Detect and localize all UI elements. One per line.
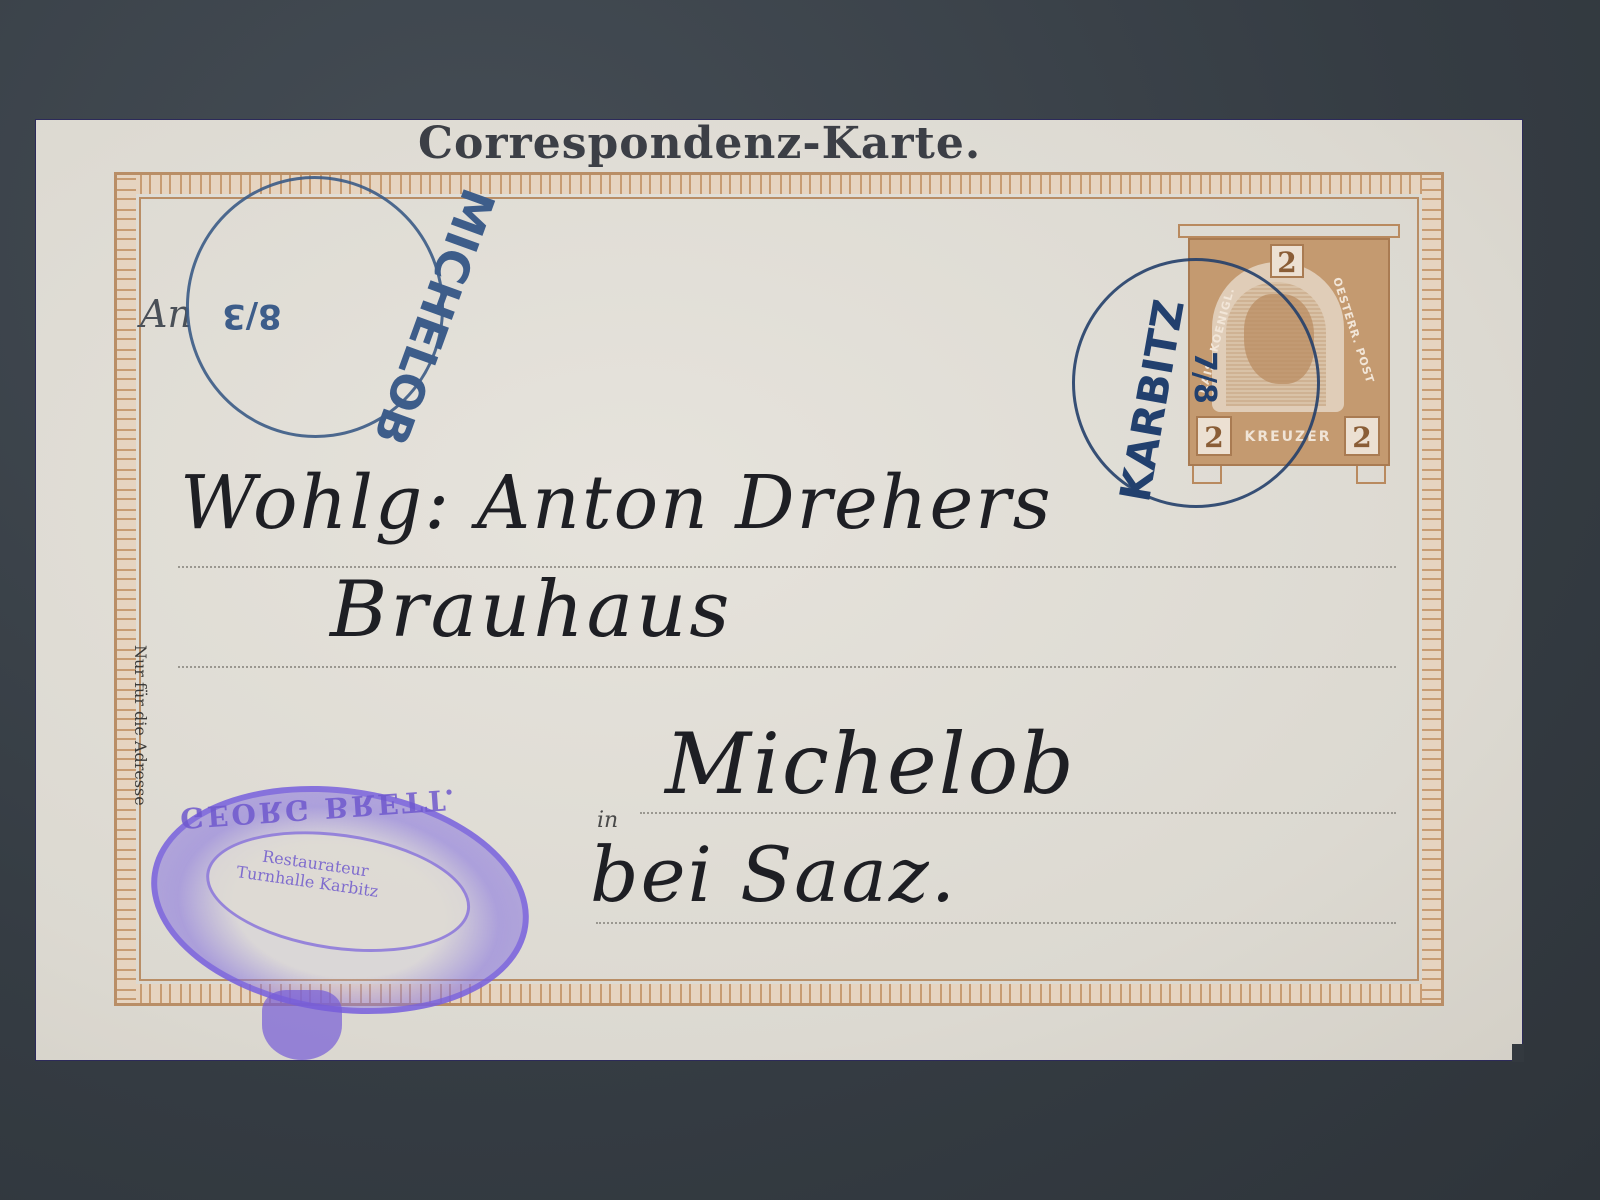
handwriting-brauhaus: Brauhaus <box>330 565 732 655</box>
ink-smudge <box>262 990 342 1060</box>
card-title: Correspondenz-Karte. <box>418 118 981 169</box>
stamp-foot-right <box>1356 466 1386 484</box>
card-corner-tear <box>1512 1044 1524 1062</box>
side-note: Nur für die Adresse <box>131 645 150 806</box>
border-left <box>117 175 136 1003</box>
stamp-value-top: 2 <box>1270 244 1304 278</box>
handwriting-region: bei Saaz. <box>590 830 957 919</box>
address-line-2 <box>178 666 1396 668</box>
stamp-value-right: 2 <box>1344 416 1380 456</box>
handwriting-recipient: Wohlg: Anton Drehers <box>180 460 1053 546</box>
stamp-cornice <box>1178 224 1400 238</box>
postmark-karbitz-date: 7/8 <box>1187 351 1222 404</box>
address-line-4 <box>596 922 1396 924</box>
border-right <box>1422 175 1441 1003</box>
address-prefix: An <box>140 292 192 336</box>
handwriting-town: Michelob <box>665 715 1076 813</box>
postmark-michelob-date: 8/3 <box>222 296 282 336</box>
